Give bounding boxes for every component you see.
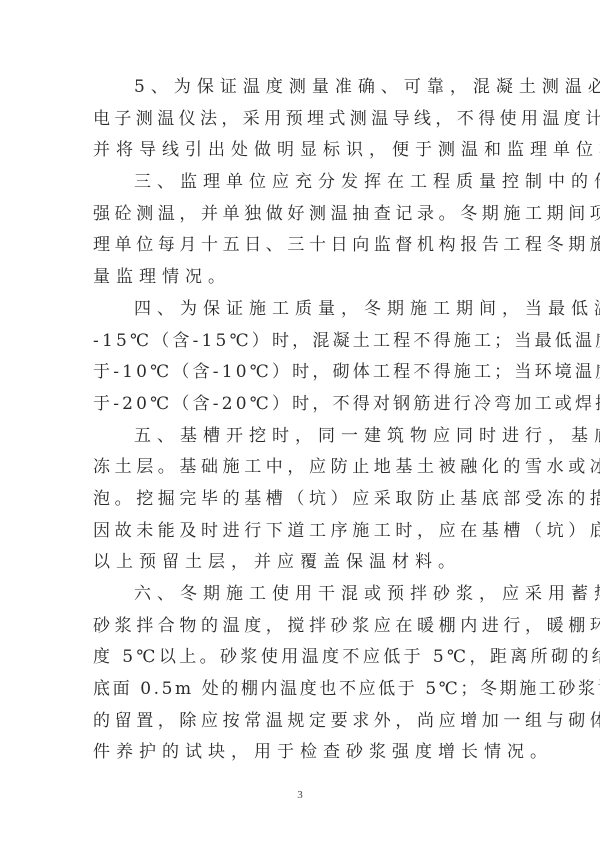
text-line: 电子测温仪法，采用预埋式测温导线，不得使用温度计法， <box>93 104 509 136</box>
text-line: 理单位每月十五日、三十日向监督机构报告工程冬期施工质 <box>93 230 509 262</box>
document-body: 5、为保证温度测量准确、可靠，混凝土测温必须选用 电子测温仪法，采用预埋式测温导… <box>93 72 509 769</box>
text-line: 于-20℃（含-20℃）时，不得对钢筋进行冷弯加工或焊接。 <box>93 389 509 421</box>
text-line: 强砼测温，并单独做好测温抽查记录。冬期施工期间项目监 <box>93 199 509 231</box>
paragraph-item-5: 5、为保证温度测量准确、可靠，混凝土测温必须选用 电子测温仪法，采用预埋式测温导… <box>93 72 509 167</box>
paragraph-section-6: 六、冬期施工使用干混或预拌砂浆，应采用蓄热法保证 砂浆拌合物的温度，搅拌砂浆应在… <box>93 579 509 769</box>
text-line: 四、为保证施工质量，冬期施工期间，当最低温度低于 <box>93 294 509 326</box>
text-line: 于-10℃（含-10℃）时，砌体工程不得施工；当环境温度低 <box>93 357 509 389</box>
text-line: -15℃（含-15℃）时，混凝土工程不得施工；当最低温度低 <box>93 326 509 358</box>
text-line: 的留置，除应按常温规定要求外，尚应增加一组与砌体同条 <box>93 706 509 738</box>
text-line: 三、监理单位应充分发挥在工程质量控制中的作用，加 <box>93 167 509 199</box>
text-line: 并将导线引出处做明显标识，便于测温和监理单位检查。 <box>93 135 509 167</box>
paragraph-section-5: 五、基槽开挖时，同一建筑物应同时进行，基底不得留 冻土层。基础施工中，应防止地基… <box>93 421 509 579</box>
paragraph-section-3: 三、监理单位应充分发挥在工程质量控制中的作用，加 强砼测温，并单独做好测温抽查记… <box>93 167 509 294</box>
text-line: 件养护的试块，用于检查砂浆强度增长情况。 <box>93 737 509 769</box>
text-line: 冻土层。基础施工中，应防止地基土被融化的雪水或冰水浸 <box>93 452 509 484</box>
text-line: 度 5℃以上。砂浆使用温度不应低于 5℃，距离所砌的结构 <box>93 642 509 674</box>
text-line: 砂浆拌合物的温度，搅拌砂浆应在暖棚内进行，暖棚环境温 <box>93 611 509 643</box>
text-line: 5、为保证温度测量准确、可靠，混凝土测温必须选用 <box>93 72 509 104</box>
text-line: 泡。挖掘完毕的基槽（坑）应采取防止基底部受冻的措施， <box>93 484 509 516</box>
page-number: 3 <box>0 789 600 801</box>
text-line: 底面 0.5m 处的棚内温度也不应低于 5℃；冬期施工砂浆试块 <box>93 674 509 706</box>
document-page: 5、为保证温度测量准确、可靠，混凝土测温必须选用 电子测温仪法，采用预埋式测温导… <box>0 0 600 848</box>
text-line: 量监理情况。 <box>93 262 509 294</box>
paragraph-section-4: 四、为保证施工质量，冬期施工期间，当最低温度低于 -15℃（含-15℃）时，混凝… <box>93 294 509 421</box>
text-line: 六、冬期施工使用干混或预拌砂浆，应采用蓄热法保证 <box>93 579 509 611</box>
text-line: 因故未能及时进行下道工序施工时，应在基槽（坑）底标高 <box>93 516 509 548</box>
text-line: 五、基槽开挖时，同一建筑物应同时进行，基底不得留 <box>93 421 509 453</box>
text-line: 以上预留土层，并应覆盖保温材料。 <box>93 547 509 579</box>
